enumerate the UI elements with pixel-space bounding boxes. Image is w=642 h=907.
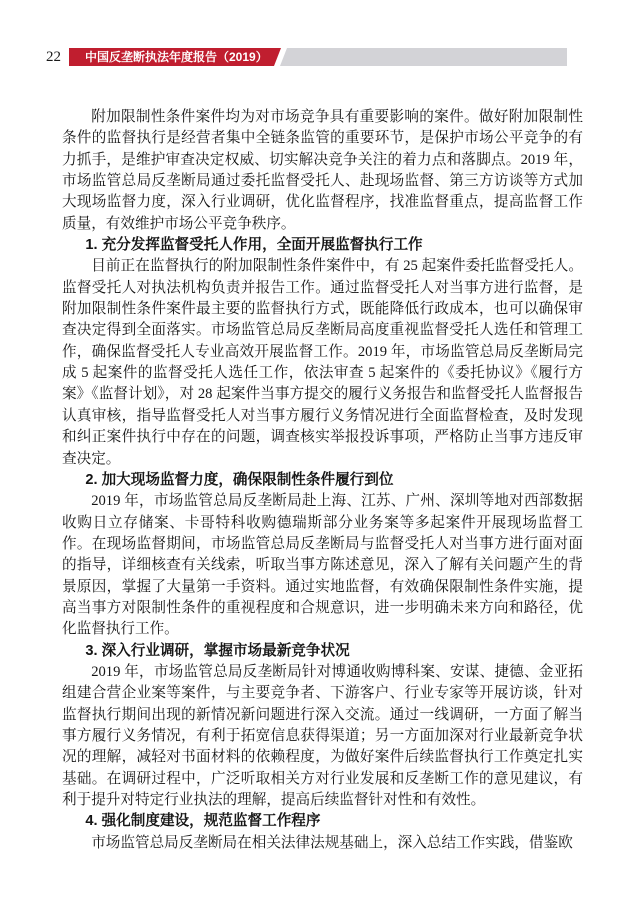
intro-paragraph: 附加限制性条件案件均为对市场竞争具有重要影响的案件。做好附加限制性条件的监督执行…: [62, 107, 583, 235]
section-heading-4: 4. 强化制度建设，规范监督工作程序: [62, 811, 583, 832]
section-heading-1: 1. 充分发挥监督受托人作用，全面开展监督执行工作: [62, 235, 583, 256]
page-content: 附加限制性条件案件均为对市场竞争具有重要影响的案件。做好附加限制性条件的监督执行…: [62, 107, 583, 854]
report-title: 中国反垄断执法年度报告（2019）: [85, 50, 268, 64]
section-heading-3: 3. 深入行业调研，掌握市场最新竞争状况: [62, 641, 583, 662]
running-header: 22 中国反垄断执法年度报告（2019）: [0, 48, 642, 66]
gray-ribbon: [280, 48, 567, 66]
document-page: { "page": { "number": "22" }, "header": …: [0, 0, 642, 907]
section-1-paragraph: 目前正在监督执行的附加限制性条件案件中，有 25 起案件委托监督受托人。监督受托…: [62, 256, 583, 469]
red-ribbon-banner: 中国反垄断执法年度报告（2019）: [69, 48, 281, 66]
section-3-paragraph: 2019 年，市场监管总局反垄断局针对博通收购博科案、安谋、捷德、金亚拓组建合营…: [62, 662, 583, 811]
section-heading-2: 2. 加大现场监督力度，确保限制性条件履行到位: [62, 470, 583, 491]
page-number: 22: [46, 48, 61, 66]
section-4-paragraph: 市场监管总局反垄断局在相关法律法规基础上，深入总结工作实践，借鉴欧: [62, 833, 583, 854]
section-2-paragraph: 2019 年，市场监管总局反垄断局赴上海、江苏、广州、深圳等地对西部数据收购日立…: [62, 491, 583, 640]
